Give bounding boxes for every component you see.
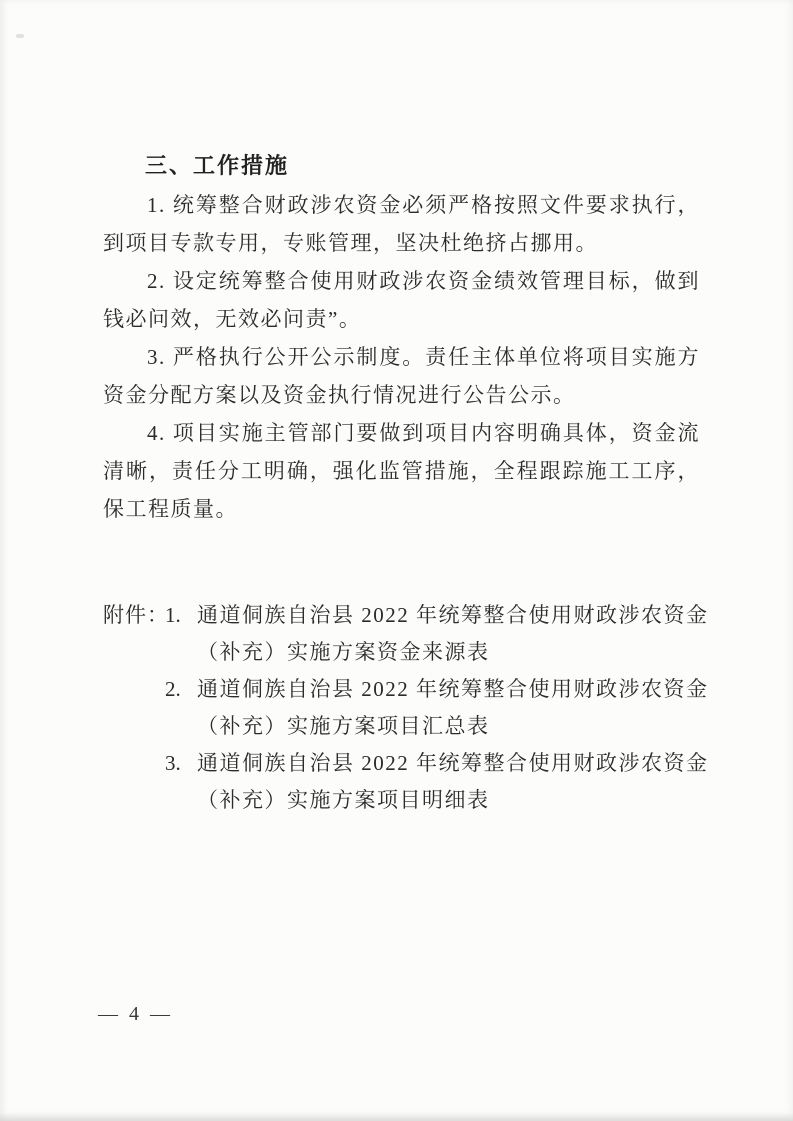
attachment-title-line: （补充）实施方案项目明细表 [197,782,723,819]
paragraph-4: 4. 项目实施主管部门要做到项目内容明确具体，资金流向 清晰，责任分工明确，强化… [103,414,700,528]
paragraph-line: 资金分配方案以及资金执行情况进行公告公示。 [103,376,700,414]
paragraph-3: 3. 严格执行公开公示制度。责任主体单位将项目实施方案、 资金分配方案以及资金执… [103,338,700,414]
paragraph-line: 保工程质量。 [103,490,700,528]
attachment-title: 通道侗族自治县 2022 年统筹整合使用财政涉农资金 （补充）实施方案项目汇总表 [197,671,723,745]
document-page: 三、工作措施 1. 统筹整合财政涉农资金必须严格按照文件要求执行，做 到项目专款… [0,0,793,1121]
paragraph-line: 1. 统筹整合财政涉农资金必须严格按照文件要求执行，做 [103,186,700,224]
attachment-title-line: （补充）实施方案项目汇总表 [197,708,723,745]
paragraph-line: 2. 设定统筹整合使用财政涉农资金绩效管理目标，做到“花 [103,262,700,300]
attachment-item-2: 2. 通道侗族自治县 2022 年统筹整合使用财政涉农资金 （补充）实施方案项目… [165,671,723,745]
attachment-title-line: 通道侗族自治县 2022 年统筹整合使用财政涉农资金 [197,671,723,708]
paragraph-1: 1. 统筹整合财政涉农资金必须严格按照文件要求执行，做 到项目专款专用，专账管理… [103,186,700,262]
attachment-item-1: 1. 通道侗族自治县 2022 年统筹整合使用财政涉农资金 （补充）实施方案资金… [165,597,723,671]
paragraph-line: 4. 项目实施主管部门要做到项目内容明确具体，资金流向 [103,414,700,452]
attachments-block: 附件： 1. 通道侗族自治县 2022 年统筹整合使用财政涉农资金 （补充）实施… [103,597,723,819]
scan-artifact-bottom-edge [0,1113,793,1121]
attachment-title: 通道侗族自治县 2022 年统筹整合使用财政涉农资金 （补充）实施方案项目明细表 [197,745,723,819]
paragraph-2: 2. 设定统筹整合使用财政涉农资金绩效管理目标，做到“花 钱必问效，无效必问责”… [103,262,700,338]
attachments-list: 1. 通道侗族自治县 2022 年统筹整合使用财政涉农资金 （补充）实施方案资金… [165,597,723,819]
attachment-title-line: （补充）实施方案资金来源表 [197,634,723,671]
paragraph-line: 3. 严格执行公开公示制度。责任主体单位将项目实施方案、 [103,338,700,376]
attachment-number: 2. [165,671,197,708]
attachment-title-line: 通道侗族自治县 2022 年统筹整合使用财政涉农资金 [197,597,723,634]
attachment-number: 3. [165,745,197,782]
attachments-label: 附件： [103,597,169,634]
scan-artifact-speck [16,34,24,38]
attachment-title: 通道侗族自治县 2022 年统筹整合使用财政涉农资金 （补充）实施方案资金来源表 [197,597,723,671]
attachment-number: 1. [165,597,197,634]
section-heading: 三、工作措施 [103,146,700,186]
attachment-title-line: 通道侗族自治县 2022 年统筹整合使用财政涉农资金 [197,745,723,782]
section-work-measures: 三、工作措施 1. 统筹整合财政涉农资金必须严格按照文件要求执行，做 到项目专款… [103,146,700,528]
paragraph-line: 到项目专款专用，专账管理，坚决杜绝挤占挪用。 [103,224,700,262]
attachment-item-3: 3. 通道侗族自治县 2022 年统筹整合使用财政涉农资金 （补充）实施方案项目… [165,745,723,819]
page-number: — 4 — [98,1003,173,1026]
paragraph-line: 钱必问效，无效必问责”。 [103,300,700,338]
paragraph-line: 清晰，责任分工明确，强化监管措施，全程跟踪施工工序，确 [103,452,700,490]
